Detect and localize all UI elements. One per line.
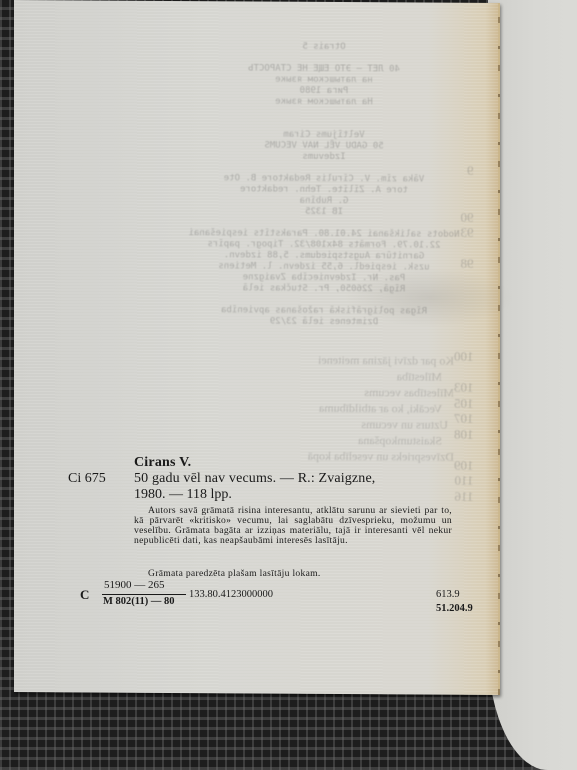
bleed-through-page-numbers: 9 90 93 98 100 103 105 107 108 109 110 1… — [454, 163, 474, 504]
book-annotation: Autors savā grāmatā risina interesantu, … — [134, 506, 452, 546]
bleed-number: 116 — [454, 488, 474, 504]
fraction-divider — [102, 594, 186, 595]
bleed-number — [454, 240, 474, 256]
annotation-text: Autors savā grāmatā risina interesantu, … — [134, 506, 452, 546]
bleed-number — [454, 333, 474, 349]
page-edge-stain — [498, 3, 500, 695]
bleed-number — [454, 442, 474, 458]
audience-note: Grāmata paredzēta plašam lasītāju lokam. — [148, 568, 321, 579]
bleed-number: 105 — [454, 395, 474, 411]
author-name: Cirans V. — [134, 455, 191, 471]
bleed-number — [454, 302, 474, 318]
bleed-number — [454, 178, 474, 194]
udc-primary: 613.9 — [436, 589, 460, 600]
bleed-number — [454, 318, 474, 334]
imprint-year-pages: 1980. — 118 lpp. — [134, 487, 232, 503]
bleed-number: 93 — [454, 225, 474, 241]
publication-codes: C 51900 — 265 M 802(11) — 80 133.80.4123… — [68, 579, 468, 619]
bleed-number: 9 — [454, 163, 474, 179]
price-code-letter: C — [80, 587, 89, 603]
bleed-through-upper-text: Otrais 5 40 ЛЕТ — ЭТО ЕЩЕ НЕ СТАРОСТЬ на… — [164, 41, 484, 329]
bleed-number: 90 — [454, 209, 474, 225]
bleed-number: 103 — [454, 380, 474, 396]
bleed-number: 109 — [454, 457, 474, 473]
bleed-number: 108 — [454, 426, 474, 442]
call-number: Ci 675 — [68, 471, 106, 487]
bleed-through-lower-text: Ko par dzīvi jāzina meitenei Mīlestība M… — [124, 351, 454, 465]
next-page — [488, 0, 577, 770]
fraction-numerator: 51900 — 265 — [104, 579, 165, 591]
bleed-number — [454, 194, 474, 210]
bleed-number — [454, 287, 474, 303]
bleed-number: 110 — [454, 473, 474, 489]
classification-code: 133.80.4123000000 — [189, 589, 273, 600]
bleed-number: 100 — [454, 349, 474, 365]
bleed-number — [454, 271, 474, 287]
bleed-number — [454, 364, 474, 380]
photo-scene: Otrais 5 40 ЛЕТ — ЭТО ЕЩЕ НЕ СТАРОСТЬ на… — [0, 0, 577, 770]
book-title: 50 gadu vēl nav vecums. — R.: Zvaigzne, — [134, 471, 375, 487]
bleed-number: 98 — [454, 256, 474, 272]
udc-secondary: 51.204.9 — [436, 603, 473, 614]
fraction-denominator: M 802(11) — 80 — [103, 596, 174, 607]
bleed-number: 107 — [454, 411, 474, 427]
